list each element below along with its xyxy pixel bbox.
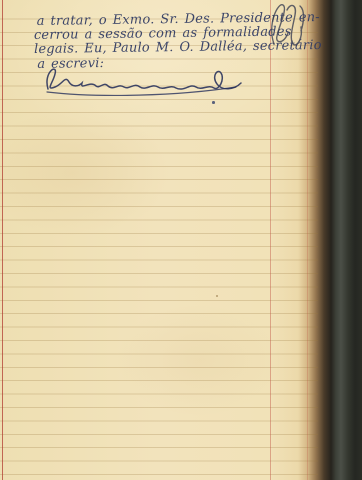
signature-flourish	[38, 60, 250, 100]
ink-speck	[212, 101, 215, 104]
corner-rubric-initials-flourish	[266, 0, 318, 48]
right-margin-line	[270, 0, 271, 480]
paper-speck	[216, 295, 218, 297]
scanned-ledger-page: a tratar, o Exmo. Sr. Des. Presidente en…	[0, 0, 362, 480]
right-margin-line-faint	[307, 0, 308, 480]
left-margin-line	[2, 0, 3, 480]
